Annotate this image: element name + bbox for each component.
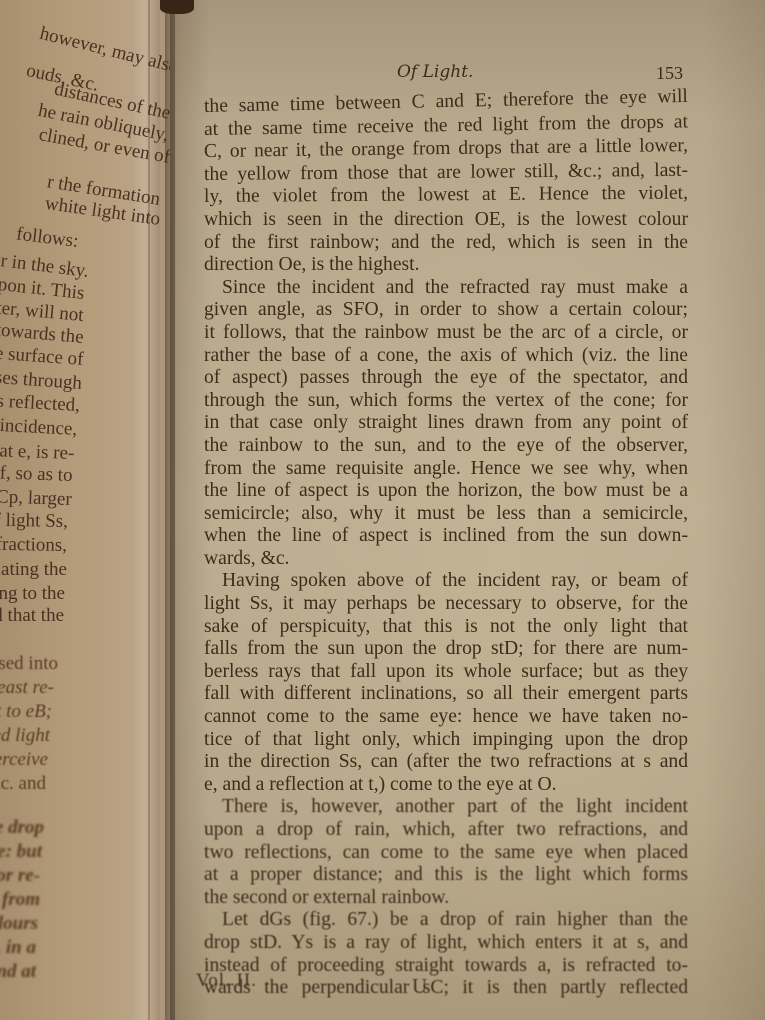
text-line: direction Oe, is the highest. bbox=[204, 254, 688, 277]
text-line: it follows, that the rainbow must be the… bbox=[204, 322, 688, 345]
left-fragment: of incidence, bbox=[0, 415, 77, 439]
left-fragment: follows: bbox=[15, 224, 79, 250]
paragraph-start-line: There is, however, another part of the l… bbox=[204, 796, 688, 819]
text-line: the second or external rainbow. bbox=[204, 887, 688, 910]
text-line: the rainbow to the sun, and to the eye o… bbox=[204, 435, 688, 458]
text-line: cannot come to the same eye: hence we ha… bbox=[204, 706, 688, 729]
running-title: Of Light. bbox=[397, 62, 473, 82]
text-line: sake of perspicuity, that this is not th… bbox=[204, 616, 688, 639]
left-fragment: olours bbox=[0, 914, 38, 933]
text-line: in the direction Ss, can (after the two … bbox=[204, 751, 688, 774]
left-fragment: of light Ss, bbox=[0, 511, 68, 531]
text-line: from the same requisite angle. Hence we … bbox=[204, 458, 688, 481]
left-fragment: ersed into bbox=[0, 654, 58, 673]
left-fragment: ator re- bbox=[0, 866, 40, 885]
page-footer: Vol. II. U bbox=[196, 970, 596, 996]
text-line: tice of that light only, which impinging… bbox=[204, 729, 688, 752]
left-fragment: , in a bbox=[0, 938, 36, 957]
left-fragment: &c. and bbox=[0, 774, 46, 793]
text-line: the line of aspect is upon the horizon, … bbox=[204, 480, 688, 503]
text-line: e, and a reflection at t,) come to the e… bbox=[204, 774, 688, 797]
text-line: light Ss, it may perhaps be necessary to… bbox=[204, 593, 688, 616]
paragraph-start-line: Let dGs (fig. 67.) be a drop of rain hig… bbox=[204, 909, 688, 932]
text-line: berless rays that fall upon its whole su… bbox=[204, 661, 688, 684]
text-line: at a proper distance; and this is the li… bbox=[204, 864, 688, 887]
paragraph-start-line: Having spoken above of the incident ray,… bbox=[204, 570, 688, 593]
left-fragment: r Cp, larger bbox=[0, 487, 72, 509]
left-fragment: culating the bbox=[0, 560, 67, 579]
paragraph-start-line: Since the incident and the refracted ray… bbox=[204, 277, 688, 300]
text-line: rather the base of a cone, the axis of w… bbox=[204, 345, 688, 368]
page-number: 153 bbox=[656, 63, 683, 84]
running-head: Of Light. 153 bbox=[397, 62, 687, 88]
left-fragment: ir at e, is re- bbox=[0, 441, 74, 463]
text-line: fall with different inclinations, so all… bbox=[204, 683, 688, 706]
text-line: in that case only straight lines drawn f… bbox=[204, 412, 688, 435]
gathering-mark: U bbox=[412, 974, 427, 999]
text-line: two reflections, can come to the same ey… bbox=[204, 842, 688, 865]
text-line: semicircle; also, why it must be less th… bbox=[204, 503, 688, 526]
text-line: falls from the sun upon the drop stD; fo… bbox=[204, 638, 688, 661]
text-line: ly, the violet from the lowest at E. Hen… bbox=[204, 183, 688, 209]
page-body-text: the same time between C and E; therefore… bbox=[204, 96, 688, 1000]
left-fragment: n ef, so as to bbox=[0, 463, 73, 485]
left-fragment: ble: but bbox=[0, 842, 42, 861]
left-fragment: ly from bbox=[0, 890, 40, 909]
left-fragment: red light bbox=[0, 726, 50, 745]
left-fragment: perceive bbox=[0, 750, 48, 769]
text-line: of aspect) passes through the eye of the… bbox=[204, 367, 688, 390]
top-shadow bbox=[160, 0, 194, 14]
left-fragment: ding to the bbox=[0, 584, 65, 603]
text-line: drop stD. Ys is a ray of light, which en… bbox=[204, 932, 688, 955]
text-line: when the line of aspect is inclined from… bbox=[204, 525, 688, 548]
left-fragment: xt to eB; bbox=[0, 702, 52, 721]
left-fragment: and at bbox=[0, 962, 36, 981]
text-line: upon a drop of rain, which, after two re… bbox=[204, 819, 688, 842]
text-line: which is seen in the direction OE, is th… bbox=[204, 209, 688, 232]
left-facing-page: however, may also ouds, &c. distances of… bbox=[0, 0, 170, 1020]
left-fragment: e least re- bbox=[0, 678, 54, 697]
volume-signature: Vol. II. bbox=[196, 970, 257, 992]
text-line: of the first rainbow; and the red, which… bbox=[204, 232, 688, 255]
book-spine-shadow bbox=[165, 0, 177, 1020]
book-photo: however, may also ouds, &c. distances of… bbox=[0, 0, 765, 1020]
text-line: given angle, as SFO, in order to show a … bbox=[204, 299, 688, 322]
text-line: through the sun, which forms the vertex … bbox=[204, 390, 688, 413]
left-fragment: asses through bbox=[0, 367, 83, 393]
text-line: wards, &c. bbox=[204, 548, 688, 571]
left-fragment: it is reflected, bbox=[0, 391, 80, 415]
left-fragment: gle drop bbox=[0, 818, 44, 837]
left-fragment: refractions, bbox=[0, 535, 67, 555]
left-fragment: nd that the bbox=[0, 606, 64, 625]
